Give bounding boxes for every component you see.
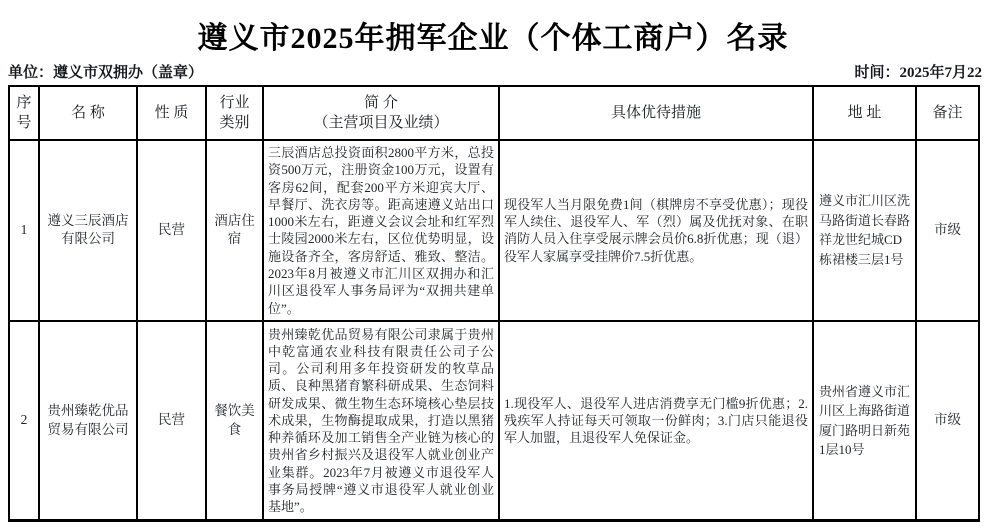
header-intro: 简 介 （主营项目及业绩）	[263, 86, 499, 140]
cell-name: 遵义三辰酒店有限公司	[39, 140, 137, 321]
header-name: 名 称	[39, 86, 137, 140]
table-row: 2 贵州臻乾优品贸易有限公司 民营 餐饮美食 贵州臻乾优品贸易有限公司隶属于贵州…	[9, 321, 979, 521]
header-measures: 具体优待措施	[499, 86, 813, 140]
cell-measures: 1.现役军人、退役军人进店消费享无门槛9折优惠；2.残疾军人持证每天可领取一份鲜…	[499, 321, 813, 521]
cell-nature: 民营	[137, 140, 206, 321]
cell-intro: 三辰酒店总投资面积2800平方米，总投资500万元，注册资金100万元，设置有客…	[263, 140, 499, 321]
cell-seq: 2	[9, 321, 39, 521]
subline: 单位：遵义市双拥办（盖章） 时间：2025年7月22	[0, 55, 986, 85]
cell-remark: 市级	[916, 140, 979, 321]
header-nature: 性 质	[137, 86, 206, 140]
table-row: 1 遵义三辰酒店有限公司 民营 酒店住宿 三辰酒店总投资面积2800平方米，总投…	[9, 140, 979, 321]
page-title: 遵义市2025年拥军企业（个体工商户）名录	[0, 0, 986, 55]
header-remark: 备注	[916, 86, 979, 140]
time-label: 时间：2025年7月22	[854, 61, 982, 82]
cell-address: 遵义市汇川区洗马路街道长春路祥龙世纪城CD栋裙楼三层1号	[813, 140, 916, 321]
header-seq: 序 号	[9, 86, 39, 140]
document-page: 遵义市2025年拥军企业（个体工商户）名录 单位：遵义市双拥办（盖章） 时间：2…	[0, 0, 986, 522]
directory-table: 序 号 名 称 性 质 行业 类别 简 介 （主营项目及业绩） 具体优待措施 地…	[8, 85, 980, 522]
cell-measures: 现役军人当月限免费1间（棋牌房不享受优惠）；现役军人续住、退役军人、军（烈）属及…	[499, 140, 813, 321]
cell-name: 贵州臻乾优品贸易有限公司	[39, 321, 137, 521]
cell-industry: 酒店住宿	[206, 140, 263, 321]
header-industry: 行业 类别	[206, 86, 263, 140]
cell-industry: 餐饮美食	[206, 321, 263, 521]
cell-address: 贵州省遵义市汇川区上海路街道厦门路明日新苑1层10号	[813, 321, 916, 521]
header-address: 地 址	[813, 86, 916, 140]
cell-nature: 民营	[137, 321, 206, 521]
cell-remark: 市级	[916, 321, 979, 521]
unit-label: 单位：遵义市双拥办（盖章）	[8, 61, 203, 82]
table-header-row: 序 号 名 称 性 质 行业 类别 简 介 （主营项目及业绩） 具体优待措施 地…	[9, 86, 979, 140]
cell-intro: 贵州臻乾优品贸易有限公司隶属于贵州中乾富通农业科技有限责任公司子公司。公司利用多…	[263, 321, 499, 521]
cell-seq: 1	[9, 140, 39, 321]
